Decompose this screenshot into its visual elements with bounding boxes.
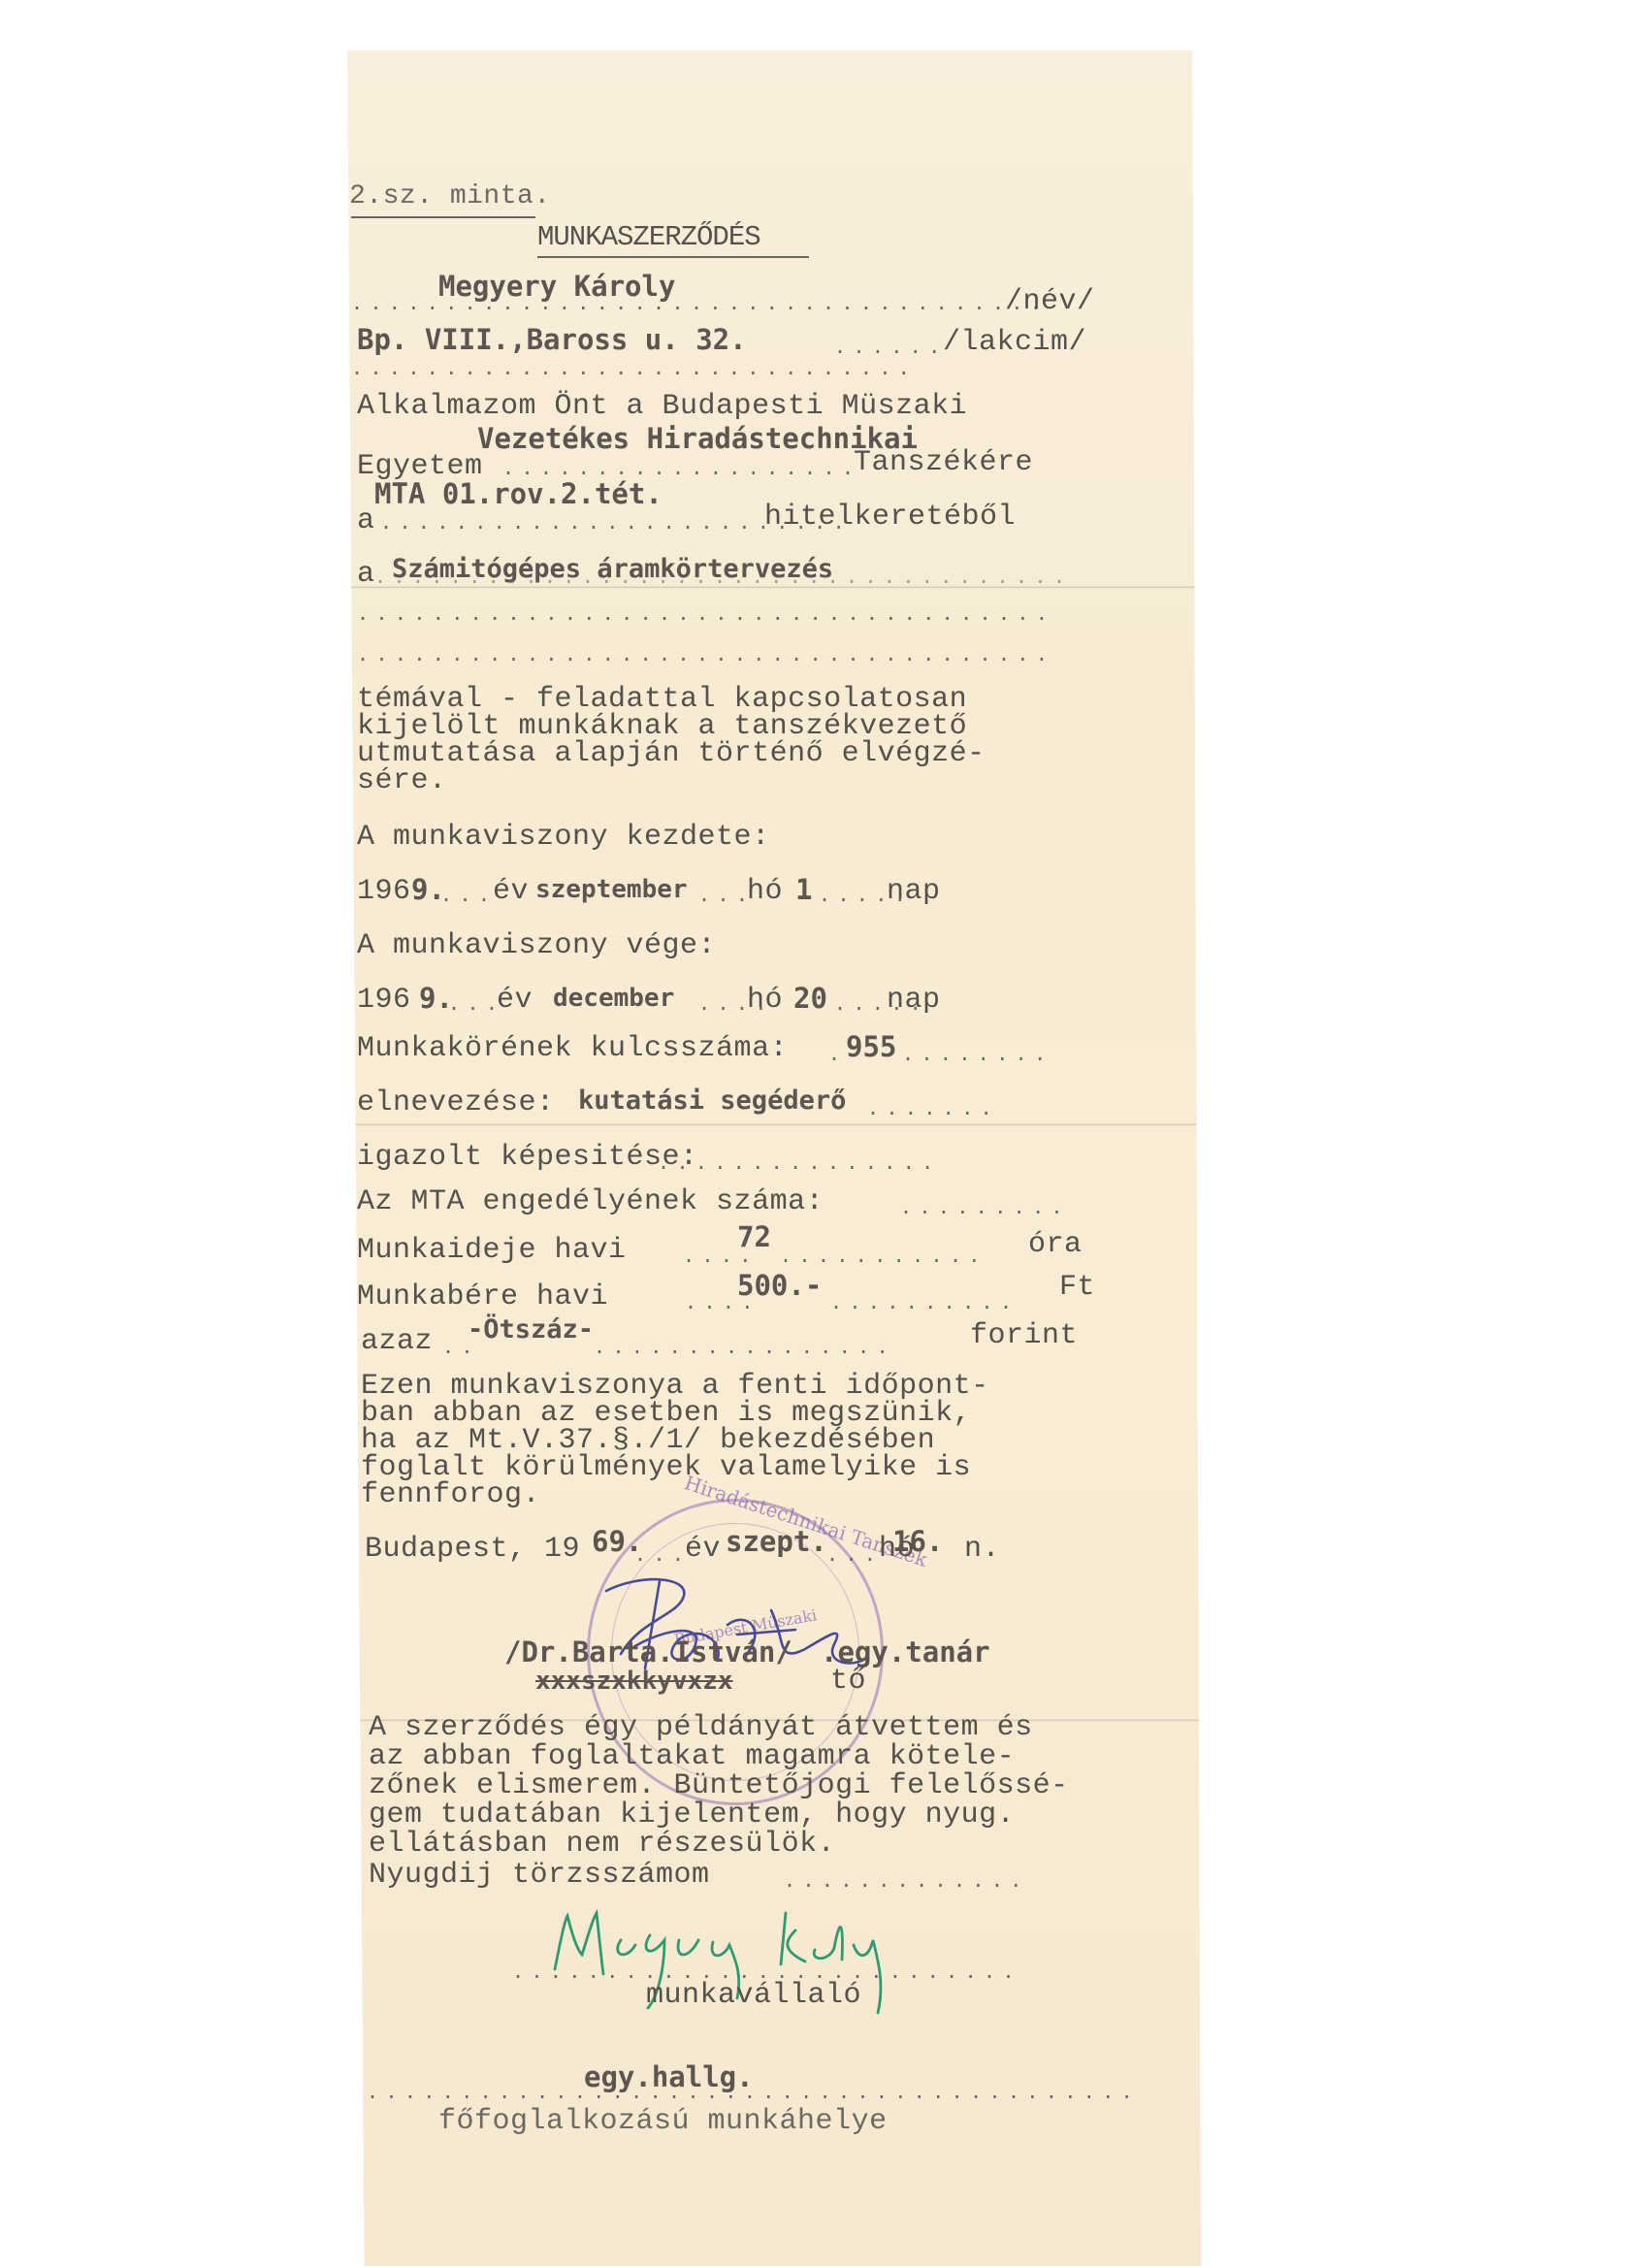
document-title: MUNKASZERZŐDÉS xyxy=(537,221,760,254)
signing-day-label: n. xyxy=(964,1533,1000,1566)
department-value: Vezetékes Hiradástechnikai xyxy=(477,422,918,455)
acknowledgement-line: az abban foglaltakat magamra kötele- xyxy=(369,1740,1015,1773)
designation-label: elnevezése: xyxy=(357,1086,555,1119)
title-underline xyxy=(537,256,809,258)
wage-label: Munkabére havi xyxy=(357,1280,608,1313)
wage-unit: Ft xyxy=(1059,1271,1095,1304)
qualification-label: igazolt képesitése: xyxy=(357,1141,698,1174)
fold-line xyxy=(347,1123,1201,1126)
dotted-line: ...... xyxy=(834,335,948,358)
dotted-line: ..................................... xyxy=(374,565,1072,588)
start-year-prefix: 196 xyxy=(357,875,411,908)
form-number-underline xyxy=(351,216,535,218)
hours-unit: óra xyxy=(1028,1228,1083,1261)
end-day-value: 20 xyxy=(793,982,827,1015)
fund-prefix: a xyxy=(357,504,375,537)
designation-value: kutatási segéderő xyxy=(578,1085,846,1118)
task-line: utmutatása alapján történő elvégzé- xyxy=(357,737,986,770)
address-label: /lakcim/ xyxy=(943,326,1086,359)
qualification-blank: ............... xyxy=(658,1150,941,1174)
acknowledgement-line: gem tudatában kijelentem, hogy nyug. xyxy=(369,1798,1015,1831)
topic-prefix: a xyxy=(357,558,375,591)
start-month-label: hó xyxy=(747,875,783,908)
dotted-line: .............................. xyxy=(351,356,917,379)
struck-title: xxxszxkkyvxzx xyxy=(535,1665,733,1698)
form-number: 2.sz. minta. xyxy=(349,180,551,213)
dotted-line: ... xyxy=(440,883,497,906)
address-value: Bp. VIII.,Baross u. 32. xyxy=(357,323,747,356)
wage-value: 500.- xyxy=(737,1269,822,1302)
dotted-line: .......... xyxy=(830,1290,1018,1313)
employer-title: .egy.tanár xyxy=(821,1636,990,1669)
wage-in-words-value: -Ötszáz- xyxy=(468,1313,594,1346)
dotted-line: ........... xyxy=(780,1244,987,1267)
dotted-line: ... xyxy=(634,1542,691,1566)
workplace-line: ........................................… xyxy=(367,2080,1140,2103)
pension-number-label: Nyugdij törzsszámom xyxy=(369,1859,710,1892)
dotted-line: ..................................... xyxy=(351,291,1049,314)
end-year-prefix: 196 xyxy=(357,984,411,1017)
start-year-label: év xyxy=(493,875,529,908)
signing-year-label: év xyxy=(685,1533,721,1566)
fund-label: hitelkeretéből xyxy=(764,501,1016,534)
signing-month-value: szept. xyxy=(726,1525,827,1558)
hours-value: 72 xyxy=(737,1220,771,1253)
intro-line: Alkalmazom Önt a Budapesti Müszaki xyxy=(357,390,967,423)
dotted-line: ..................................... xyxy=(357,642,1054,665)
employee-label: munkavállaló xyxy=(646,1979,861,2012)
start-day-value: 1 xyxy=(795,873,812,906)
end-date-label: A munkaviszony vége: xyxy=(357,929,716,962)
words-unit: forint xyxy=(970,1319,1078,1352)
fund-value: MTA 01.rov.2.tét. xyxy=(374,477,663,510)
struck-title-suffix: tő xyxy=(830,1665,866,1698)
acknowledgement-line: A szerződés égy példányát átvettem és xyxy=(369,1711,1033,1744)
dotted-line: ....... xyxy=(867,1096,999,1119)
employer-name: /Dr.Barta.István/ xyxy=(504,1636,792,1669)
dotted-line: ................... xyxy=(502,456,860,479)
key-number-label: Munkakörének kulcsszáma: xyxy=(357,1032,788,1065)
start-month-value: szeptember xyxy=(535,873,688,906)
signing-place: Budapest, 19 xyxy=(365,1533,580,1566)
dotted-line: ..................................... xyxy=(357,601,1054,625)
words-label: azaz xyxy=(361,1325,433,1358)
key-number-value: 955 xyxy=(846,1030,896,1063)
acknowledgement-line: zőnek elismerem. Büntetőjogi felelőssé- xyxy=(369,1769,1069,1802)
signing-day-value: 16. xyxy=(892,1525,943,1558)
hours-label: Munkaideje havi xyxy=(357,1234,627,1267)
permit-label: Az MTA engedélyének száma: xyxy=(357,1185,824,1218)
termination-line: fennforog. xyxy=(361,1478,540,1511)
end-month-value: december xyxy=(553,982,674,1015)
permit-blank: ......... xyxy=(900,1195,1070,1218)
dotted-line: . xyxy=(828,1042,847,1065)
name-label: /név/ xyxy=(1005,285,1095,318)
start-date-label: A munkaviszony kezdete: xyxy=(357,821,770,854)
end-year-label: év xyxy=(497,984,533,1017)
end-month-label: hó xyxy=(747,984,783,1017)
dotted-line: ........ xyxy=(902,1042,1053,1065)
workplace-label: főfoglalkozású munkáhelye xyxy=(438,2105,888,2138)
dotted-line: ................ xyxy=(594,1335,895,1358)
department-label: Tanszékére xyxy=(854,446,1033,479)
acknowledgement-line: ellátásban nem részesülök. xyxy=(369,1828,835,1861)
task-line: sére. xyxy=(357,764,447,797)
dotted-line: ... xyxy=(826,1542,883,1566)
start-day-label: nap xyxy=(887,875,941,908)
end-day-label: nap xyxy=(887,984,941,1017)
pension-number-blank: ............. xyxy=(784,1868,1029,1892)
